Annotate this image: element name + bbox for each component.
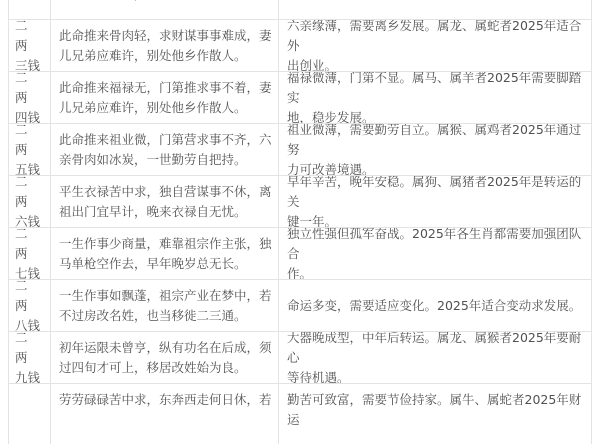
verse-cell: 初年运限未曾亨，纵有功名在后成，须 过四旬才可上，移居改姓始为良。 bbox=[51, 332, 279, 383]
weight-label: 二钱 bbox=[15, 0, 40, 4]
weight-cell bbox=[9, 384, 51, 400]
verse-cell: 此命推来骨肉轻，求财谋事事难成，妻 儿兄弟应难许，别处他乡作散人。 bbox=[51, 20, 279, 71]
verse-cell: 劳劳碌碌苦中求，东奔西走何日休，若 bbox=[51, 384, 279, 400]
prediction-text: 独立性强但孤军奋战。2025年各生肖都需要加强团队合 作。 bbox=[287, 228, 587, 279]
weight-label: 二 两 四钱 bbox=[15, 72, 44, 123]
table-row: 二 两 六钱 平生衣禄苦中求，独自营谋事不休，离 祖出门宜早计，晚来衣禄自无忧。… bbox=[9, 176, 591, 228]
table-row: 二钱 来难靠子孙福，一世辛劳无依靠。 2025年宜加强人际关系建设。 bbox=[9, 0, 591, 20]
weight-cell: 二 两 五钱 bbox=[9, 124, 51, 175]
prediction-text: 早年辛苦，晚年安稳。属狗、属猪者2025年是转运的关 键一年。 bbox=[287, 176, 587, 227]
verse-text: 平生衣禄苦中求，独自营谋事不休，离 祖出门宜早计，晚来衣禄自无忧。 bbox=[59, 182, 272, 222]
table-row: 劳劳碌碌苦中求，东奔西走何日休，若 勤苦可致富，需要节俭持家。属牛、属蛇者202… bbox=[9, 384, 591, 400]
weight-cell: 二钱 bbox=[9, 0, 51, 19]
verse-cell: 平生衣禄苦中求，独自营谋事不休，离 祖出门宜早计，晚来衣禄自无忧。 bbox=[51, 176, 279, 227]
prediction-cell: 早年辛苦，晚年安稳。属狗、属猪者2025年是转运的关 键一年。 bbox=[279, 176, 591, 227]
prediction-cell: 勤苦可致富，需要节俭持家。属牛、属蛇者2025年财运 bbox=[279, 384, 591, 400]
verse-cell: 来难靠子孙福，一世辛劳无依靠。 bbox=[51, 0, 279, 19]
table-row: 二 两 八钱 一生作事如飘蓬，祖宗产业在梦中，若 不过房改名姓，也当移徙二三通。… bbox=[9, 280, 591, 332]
weight-cell: 二 两 四钱 bbox=[9, 72, 51, 123]
verse-text: 初年运限未曾亨，纵有功名在后成，须 过四旬才可上，移居改姓始为良。 bbox=[59, 338, 272, 378]
weight-label: 二 两 五钱 bbox=[15, 124, 44, 175]
verse-text: 此命推来骨肉轻，求财谋事事难成，妻 儿兄弟应难许，别处他乡作散人。 bbox=[59, 26, 272, 66]
verse-text: 来难靠子孙福，一世辛劳无依靠。 bbox=[59, 0, 247, 4]
verse-cell: 一生作事如飘蓬，祖宗产业在梦中，若 不过房改名姓，也当移徙二三通。 bbox=[51, 280, 279, 331]
prediction-cell: 命运多变，需要适应变化。2025年适合变动求发展。 bbox=[279, 280, 591, 331]
verse-cell: 此命推来福禄无，门第推求事不着，妻 儿兄弟应难许，别处他乡作散人。 bbox=[51, 72, 279, 123]
prediction-text: 2025年宜加强人际关系建设。 bbox=[287, 0, 456, 4]
prediction-text: 大器晚成型，中年后转运。属龙、属猴者2025年要耐心 等待机遇。 bbox=[287, 332, 587, 383]
verse-text: 此命推来祖业微，门第营求事不齐，六 亲骨肉如冰炭，一世勤劳自把持。 bbox=[59, 130, 272, 170]
weight-cell: 二 两 六钱 bbox=[9, 176, 51, 227]
prediction-cell: 独立性强但孤军奋战。2025年各生肖都需要加强团队合 作。 bbox=[279, 228, 591, 279]
verse-text: 劳劳碌碌苦中求，东奔西走何日休，若 bbox=[59, 390, 272, 400]
weight-label: 二 两 六钱 bbox=[15, 176, 44, 227]
prediction-text: 六亲缘薄，需要离乡发展。属龙、属蛇者2025年适合外 出创业。 bbox=[287, 20, 587, 71]
prediction-text: 勤苦可致富，需要节俭持家。属牛、属蛇者2025年财运 bbox=[287, 390, 587, 400]
prediction-text: 福禄微薄，门第不显。属马、属羊者2025年需要脚踏实 地，稳步发展。 bbox=[287, 72, 587, 123]
verse-cell: 此命推来祖业微，门第营求事不齐，六 亲骨肉如冰炭，一世勤劳自把持。 bbox=[51, 124, 279, 175]
weight-label: 二 两 三钱 bbox=[15, 20, 44, 71]
weight-cell: 二 两 八钱 bbox=[9, 280, 51, 331]
weight-label: 二 两 九钱 bbox=[15, 332, 44, 383]
table-row: 二 两 七钱 一生作事少商量，难靠祖宗作主张，独 马单枪空作去，早年晚岁总无长。… bbox=[9, 228, 591, 280]
prediction-cell: 2025年宜加强人际关系建设。 bbox=[279, 0, 591, 19]
verse-text: 此命推来福禄无，门第推求事不着，妻 儿兄弟应难许，别处他乡作散人。 bbox=[59, 78, 272, 118]
weight-cell: 二 两 九钱 bbox=[9, 332, 51, 383]
prediction-cell: 祖业微薄，需要勤劳自立。属猴、属鸡者2025年通过努 力可改善境遇。 bbox=[279, 124, 591, 175]
prediction-text: 命运多变，需要适应变化。2025年适合变动求发展。 bbox=[287, 296, 581, 316]
verse-text: 一生作事如飘蓬，祖宗产业在梦中，若 不过房改名姓，也当移徙二三通。 bbox=[59, 286, 272, 326]
prediction-text: 祖业微薄，需要勤劳自立。属猴、属鸡者2025年通过努 力可改善境遇。 bbox=[287, 124, 587, 175]
bone-weight-fortune-table: 二钱 来难靠子孙福，一世辛劳无依靠。 2025年宜加强人际关系建设。 二 两 三… bbox=[8, 0, 592, 400]
prediction-cell: 福禄微薄，门第不显。属马、属羊者2025年需要脚踏实 地，稳步发展。 bbox=[279, 72, 591, 123]
table-row: 二 两 五钱 此命推来祖业微，门第营求事不齐，六 亲骨肉如冰炭，一世勤劳自把持。… bbox=[9, 124, 591, 176]
table-row: 二 两 九钱 初年运限未曾亨，纵有功名在后成，须 过四旬才可上，移居改姓始为良。… bbox=[9, 332, 591, 384]
weight-label: 二 两 七钱 bbox=[15, 228, 44, 279]
table-row: 二 两 四钱 此命推来福禄无，门第推求事不着，妻 儿兄弟应难许，别处他乡作散人。… bbox=[9, 72, 591, 124]
prediction-cell: 大器晚成型，中年后转运。属龙、属猴者2025年要耐心 等待机遇。 bbox=[279, 332, 591, 383]
table-row: 二 两 三钱 此命推来骨肉轻，求财谋事事难成，妻 儿兄弟应难许，别处他乡作散人。… bbox=[9, 20, 591, 72]
weight-cell: 二 两 七钱 bbox=[9, 228, 51, 279]
weight-cell: 二 两 三钱 bbox=[9, 20, 51, 71]
verse-text: 一生作事少商量，难靠祖宗作主张，独 马单枪空作去，早年晚岁总无长。 bbox=[59, 234, 272, 274]
verse-cell: 一生作事少商量，难靠祖宗作主张，独 马单枪空作去，早年晚岁总无长。 bbox=[51, 228, 279, 279]
prediction-cell: 六亲缘薄，需要离乡发展。属龙、属蛇者2025年适合外 出创业。 bbox=[279, 20, 591, 71]
weight-label: 二 两 八钱 bbox=[15, 280, 44, 331]
